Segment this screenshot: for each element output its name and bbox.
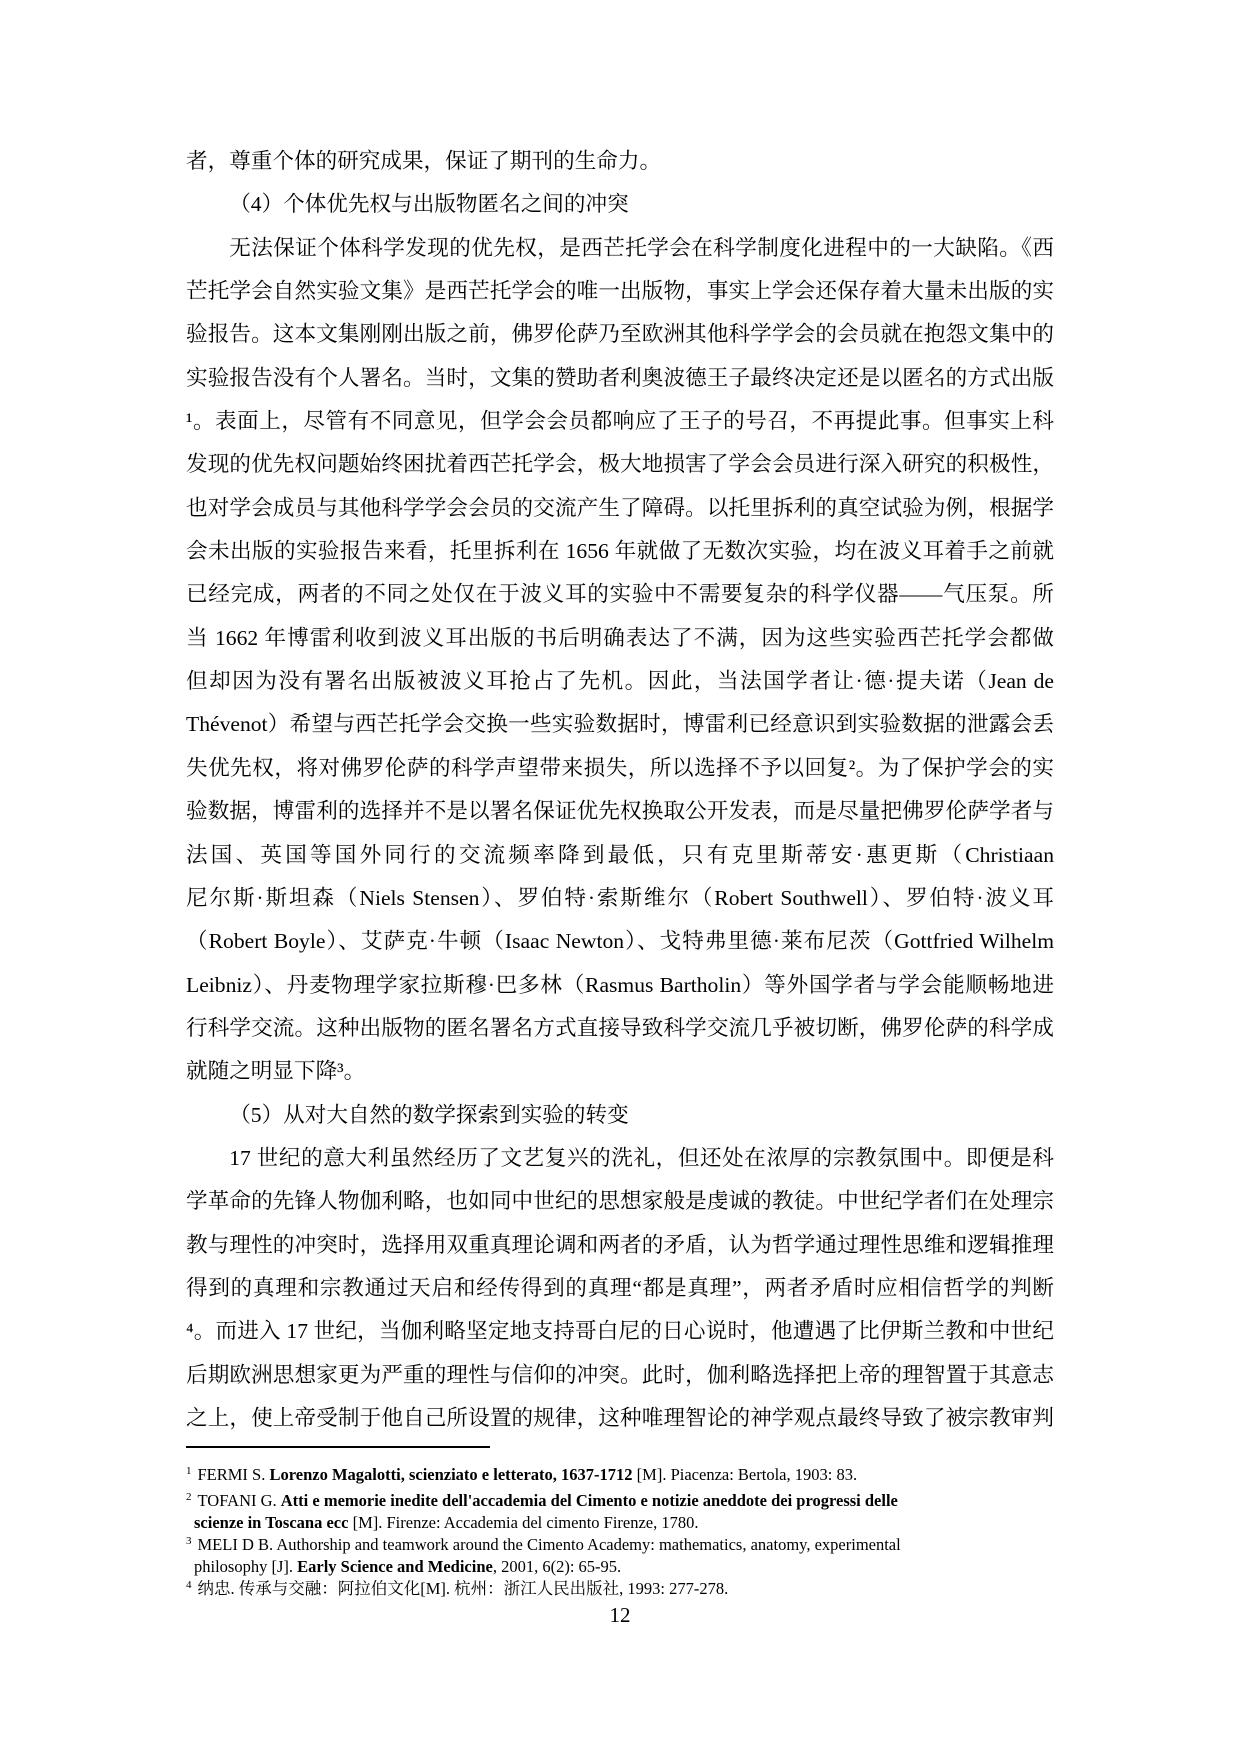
section-heading: （4）个体优先权与出版物匿名之间的冲突	[186, 183, 1054, 226]
footnote-text-segment: MELI D B. Authorship and teamwork around…	[198, 1535, 901, 1554]
page-number: 12	[0, 1603, 1240, 1628]
body-line: 法国、英国等国外同行的交流频率降到最低，只有克里斯蒂安·惠更斯（Christia…	[186, 834, 1054, 877]
body-line: 失优先权，将对佛罗伦萨的科学声望带来损失，所以选择不予以回复²。为了保护学会的实	[186, 747, 1054, 790]
footnote-text-segment: , 2001, 6(2): 65-95.	[493, 1557, 621, 1576]
footnote-number: 2	[186, 1490, 192, 1508]
body-line: 也对学会成员与其他科学学会会员的交流产生了障碍。以托里拆利的真空试验为例，根据学	[186, 487, 1054, 530]
footnote-line: scienze in Toscana ecc [M]. Firenze: Acc…	[186, 1512, 1058, 1534]
footnote-number: 1	[186, 1464, 192, 1482]
footnote-text-segment: 纳忠. 传承与交融：阿拉伯文化[M]. 杭州：浙江人民出版社, 1993: 27…	[198, 1579, 729, 1598]
body-line: 尼尔斯·斯坦森（Niels Stensen）、罗伯特·索斯维尔（Robert S…	[186, 877, 1054, 920]
body-line: 得到的真理和宗教通过天启和经传得到的真理“都是真理”，两者矛盾时应相信哲学的判断	[186, 1267, 1054, 1310]
document-body: 者，尊重个体的研究成果，保证了期刊的生命力。（4）个体优先权与出版物匿名之间的冲…	[186, 140, 1054, 1440]
footnote-text-segment: philosophy [J].	[194, 1557, 297, 1576]
body-line: Leibniz）、丹麦物理学家拉斯穆·巴多林（Rasmus Bartholin）…	[186, 964, 1054, 1007]
footnote-line: philosophy [J]. Early Science and Medici…	[186, 1556, 1058, 1578]
footnote-text-segment: FERMI S.	[198, 1465, 270, 1484]
footnote-line: 2TOFANI G. Atti e memorie inedite dell'a…	[186, 1490, 1058, 1512]
body-line: 发现的优先权问题始终困扰着西芒托学会，极大地损害了学会会员进行深入研究的积极性，	[186, 443, 1054, 486]
footnote-number: 3	[186, 1534, 192, 1552]
body-line: 就随之明显下降³。	[186, 1050, 1054, 1093]
footnote-text-segment: scienze in Toscana ecc	[194, 1513, 348, 1532]
body-line: 芒托学会自然实验文集》是西芒托学会的唯一出版物，事实上学会还保存着大量未出版的实	[186, 270, 1054, 313]
footnote-text-segment: [M]. Piacenza: Bertola, 1903: 83.	[633, 1465, 858, 1484]
body-line: 后期欧洲思想家更为严重的理性与信仰的冲突。此时，伽利略选择把上帝的理智置于其意志	[186, 1354, 1054, 1397]
footnote-text-segment: Lorenzo Magalotti, scienziato e letterat…	[269, 1465, 632, 1484]
body-line: 教与理性的冲突时，选择用双重真理论调和两者的矛盾，认为哲学通过理性思维和逻辑推理	[186, 1224, 1054, 1267]
body-line: 无法保证个体科学发现的优先权，是西芒托学会在科学制度化进程中的一大缺陷。《西	[186, 227, 1054, 270]
body-line: 者，尊重个体的研究成果，保证了期刊的生命力。	[186, 140, 1054, 183]
body-line: 验数据，博雷利的选择并不是以署名保证优先权换取公开发表，而是尽量把佛罗伦萨学者与	[186, 790, 1054, 833]
footnote-text-segment: Atti e memorie inedite dell'accademia de…	[281, 1491, 898, 1510]
footnote-number: 4	[186, 1578, 192, 1596]
footnote-text-segment: TOFANI G.	[198, 1491, 281, 1510]
body-line: ⁴。而进入 17 世纪，当伽利略坚定地支持哥白尼的日心说时，他遭遇了比伊斯兰教和…	[186, 1310, 1054, 1353]
body-line: 之上，使上帝受制于他自己所设置的规律，这种唯理智论的神学观点最终导致了被宗教审判	[186, 1397, 1054, 1440]
body-line: （Robert Boyle）、艾萨克·牛顿（Isaac Newton）、戈特弗里…	[186, 920, 1054, 963]
body-line: 会未出版的实验报告来看，托里拆利在 1656 年就做了无数次实验，均在波义耳着手…	[186, 530, 1054, 573]
footnotes-list: 1FERMI S. Lorenzo Magalotti, scienziato …	[186, 1464, 1058, 1600]
body-line: 实验报告没有个人署名。当时，文集的赞助者利奥波德王子最终决定还是以匿名的方式出版	[186, 357, 1054, 400]
body-line: 行科学交流。这种出版物的匿名署名方式直接导致科学交流几乎被切断，佛罗伦萨的科学成	[186, 1007, 1054, 1050]
section-heading: （5）从对大自然的数学探索到实验的转变	[186, 1094, 1054, 1137]
body-line: 已经完成，两者的不同之处仅在于波义耳的实验中不需要复杂的科学仪器——气压泵。所以…	[186, 573, 1054, 616]
footnote-line: 3MELI D B. Authorship and teamwork aroun…	[186, 1534, 1058, 1556]
footnote-text-segment: Early Science and Medicine	[297, 1557, 493, 1576]
body-line: 学革命的先锋人物伽利略，也如同中世纪的思想家般是虔诚的教徒。中世纪学者们在处理宗	[186, 1180, 1054, 1223]
footnote-text-segment: [M]. Firenze: Accademia del cimento Fire…	[348, 1513, 698, 1532]
footnote-line: 1FERMI S. Lorenzo Magalotti, scienziato …	[186, 1464, 1058, 1486]
document-page: 者，尊重个体的研究成果，保证了期刊的生命力。（4）个体优先权与出版物匿名之间的冲…	[0, 0, 1240, 1753]
body-line: 但却因为没有署名出版被波义耳抢占了先机。因此，当法国学者让·德·提夫诺（Jean…	[186, 660, 1054, 703]
body-line: 当 1662 年博雷利收到波义耳出版的书后明确表达了不满，因为这些实验西芒托学会…	[186, 617, 1054, 660]
body-line: 验报告。这本文集刚刚出版之前，佛罗伦萨乃至欧洲其他科学学会的会员就在抱怨文集中的	[186, 313, 1054, 356]
body-line: Thévenot）希望与西芒托学会交换一些实验数据时，博雷利已经意识到实验数据的…	[186, 703, 1054, 746]
body-line: 17 世纪的意大利虽然经历了文艺复兴的洗礼，但还处在浓厚的宗教氛围中。即便是科	[186, 1137, 1054, 1180]
body-line: ¹。表面上，尽管有不同意见，但学会会员都响应了王子的号召，不再提此事。但事实上科…	[186, 400, 1054, 443]
footnote-separator	[186, 1446, 490, 1448]
footnote-line: 4纳忠. 传承与交融：阿拉伯文化[M]. 杭州：浙江人民出版社, 1993: 2…	[186, 1578, 1058, 1600]
